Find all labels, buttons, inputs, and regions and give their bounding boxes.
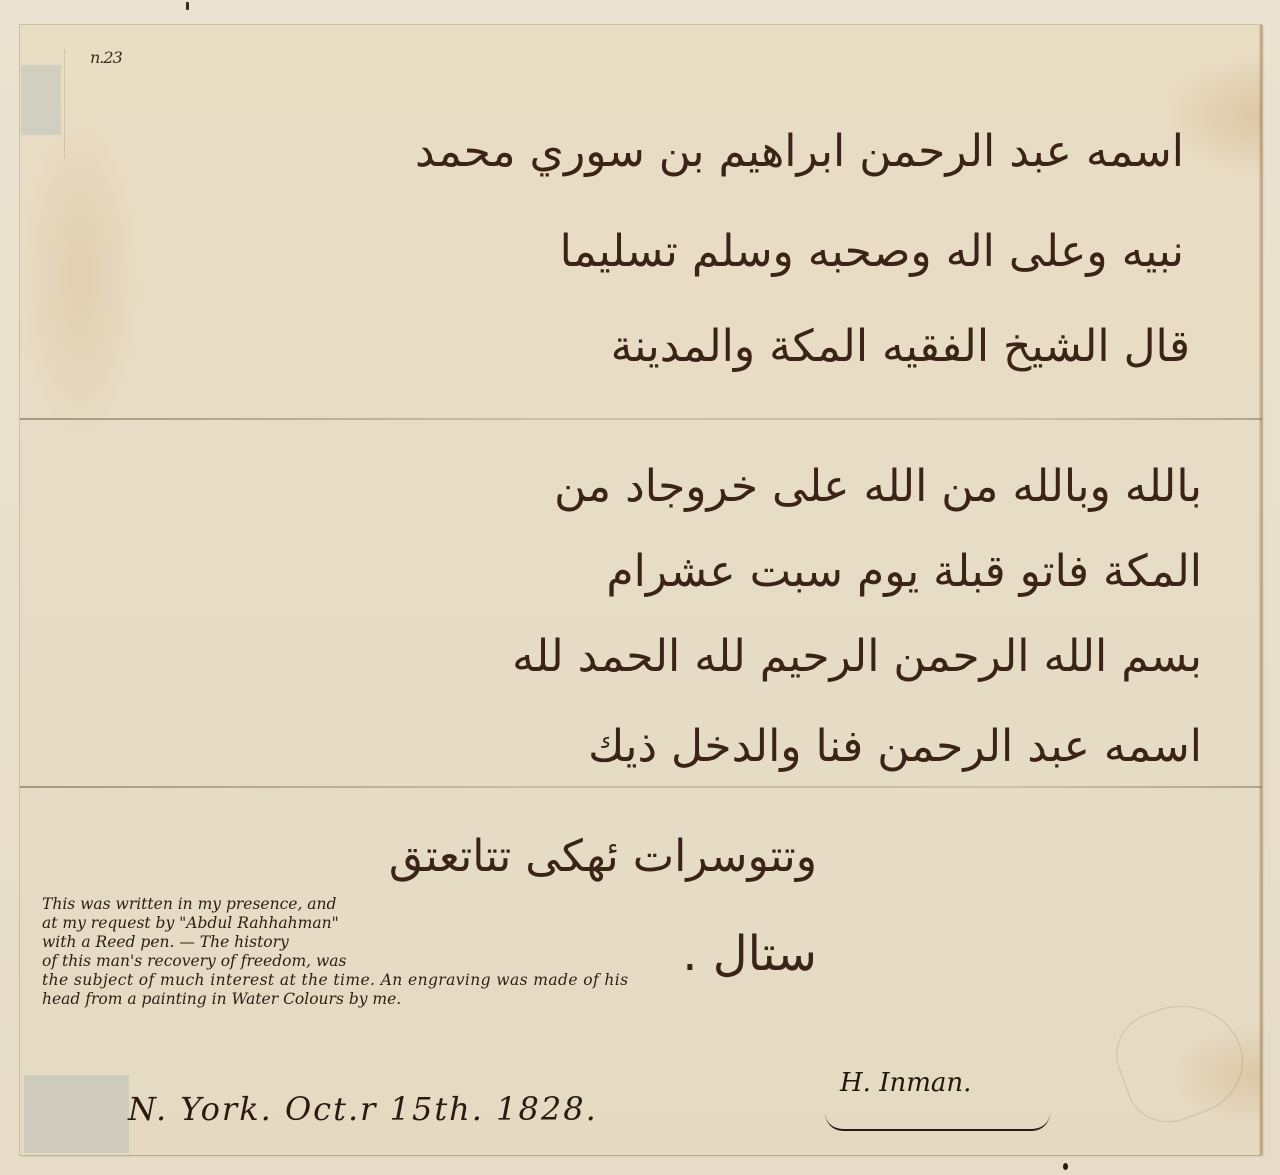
english-line-3: with a Reed pen. — The history — [42, 933, 629, 952]
english-line-6: head from a painting in Water Colours by… — [42, 990, 629, 1009]
english-attestation: This was written in my presence, and at … — [42, 895, 629, 1009]
arabic-line-7: اسمه عبد الرحمن فنا والدخل ذيك — [588, 725, 1202, 769]
signature-flourish — [825, 1113, 1050, 1131]
arabic-line-8: وتتوسرات ئهكى تتاتعتق — [389, 835, 817, 879]
english-line-1: This was written in my presence, and — [42, 895, 629, 914]
arabic-line-6: بسم الله الرحمن الرحيم لله الحمد لله — [512, 635, 1202, 679]
arabic-line-1: اسمه عبد الرحمن ابراهيم بن سوري محمد — [415, 130, 1184, 174]
sheet-edge — [1259, 25, 1262, 1155]
arabic-line-5: المكة فاتو قبلة يوم سبت عشرام — [606, 550, 1202, 594]
hinge-tape-top — [21, 65, 61, 135]
arabic-line-9: ستال . — [682, 930, 817, 978]
english-line-5: the subject of much interest at the time… — [42, 971, 629, 990]
manuscript-sheet: n.23 اسمه عبد الرحمن ابراهيم بن سوري محم… — [20, 25, 1262, 1155]
hinge-tape-bottom — [24, 1075, 129, 1153]
fold-line-upper — [20, 418, 1262, 420]
catalog-number: n.23 — [90, 48, 122, 67]
arabic-line-3: قال الشيخ الفقيه المكة والمدينة — [611, 325, 1190, 369]
fold-line-lower — [20, 786, 1262, 788]
ink-dot — [1063, 1163, 1068, 1170]
signature: H. Inman. — [840, 1068, 971, 1098]
tape-edge — [64, 49, 65, 159]
place-and-date: N. York. Oct.r 15th. 1828. — [128, 1090, 598, 1128]
arabic-line-2: نبيه وعلى اله وصحبه وسلم تسليما — [560, 230, 1184, 274]
english-line-2: at my request by "Abdul Rahhahman" — [42, 914, 629, 933]
arabic-line-4: بالله وبالله من الله على خروجاد من — [554, 465, 1202, 509]
mat-ink-mark — [186, 2, 189, 10]
english-line-4: of this man's recovery of freedom, was — [42, 952, 629, 971]
pencil-sketch-mark — [1105, 988, 1258, 1135]
